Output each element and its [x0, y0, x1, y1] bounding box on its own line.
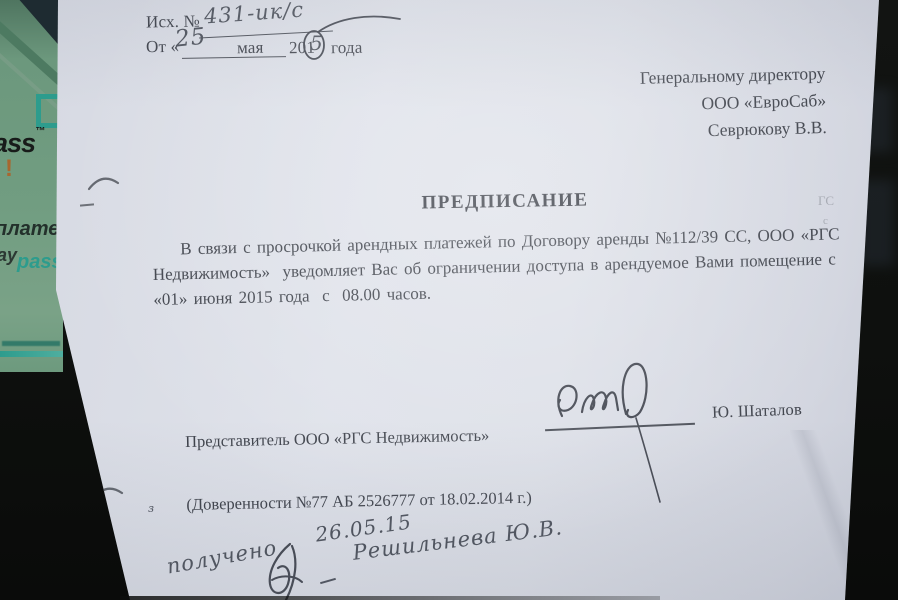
crease-arc-mark: [90, 480, 126, 504]
sticker-fine-print: [2, 341, 60, 346]
addressee-line: Генеральному директору: [560, 60, 826, 94]
signer-name: Ю. Шаталов: [712, 399, 803, 422]
stray-ink-mark: з: [148, 502, 155, 515]
document-title: ПРЕДПИСАНИЕ: [420, 190, 590, 215]
attorney-line: (Доверенности №77 АБ 2526777 от 18.02.20…: [186, 487, 532, 515]
body-line: В связи с просрочкой арендных платежей п…: [152, 220, 882, 262]
sticker-word-pass: pass: [17, 251, 63, 274]
sticker-word-ass: ass: [0, 128, 35, 158]
body-paragraph: В связи с просрочкой арендных платежей п…: [152, 220, 884, 312]
date-suffix: года: [331, 38, 363, 59]
paper-sheet: Исх. № 431-ик/с От « 25 мая 201 5 года Г…: [0, 0, 898, 600]
sticker-word-plate: плате: [0, 218, 59, 241]
pen-swoosh-mark: [300, 6, 405, 62]
date-month: мая: [237, 38, 264, 58]
ref-underline: [199, 30, 333, 38]
representative-block: Представитель ООО «РГС Недвижимость» (До…: [184, 382, 533, 557]
ink-bleed-mark: ГС: [818, 193, 834, 209]
ink-bleed-mark: с: [823, 215, 828, 227]
received-by-handwritten: Решильнева Ю.В.: [351, 515, 564, 565]
pen-dash-mark: [320, 578, 336, 584]
paper-crease-shadow: [790, 430, 870, 600]
date-year-handwritten: 5: [310, 31, 324, 55]
ref-label: Исх. №: [146, 12, 200, 33]
addressee-line: Севрюкову В.В.: [562, 114, 828, 148]
received-signature: [252, 540, 332, 600]
addressee-block: Генеральному директору ООО «ЕвроСаб» Сев…: [560, 60, 827, 148]
photo-scene: ass™ ! плате ay pass Исх. № 431-ик/с От …: [0, 0, 898, 600]
trademark-symbol: ™: [35, 126, 45, 137]
date-day-handwritten: 25: [174, 23, 208, 52]
ref-number-handwritten: 431-ик/с: [203, 0, 305, 28]
paper-bottom-edge-shadow: [120, 596, 660, 600]
addressee-line: ООО «ЕвроСаб»: [561, 87, 827, 121]
paypass-sticker: ass™ ! плате ay pass: [0, 0, 63, 372]
sticker-word-ay: ay: [0, 245, 17, 266]
received-date-handwritten: 26.05.15: [314, 509, 413, 546]
representative-line: Представитель ООО «РГС Недвижимость»: [185, 424, 531, 452]
body-line: Недвижимость» уведомляет Вас об ограниче…: [153, 245, 883, 287]
date-underline: [182, 56, 286, 59]
signature-shatalov: [548, 356, 688, 506]
crease-arc-mark: [86, 170, 122, 194]
crease-dash-mark: [80, 203, 94, 206]
sticker-teal-stripe: [0, 351, 63, 357]
received-note-handwritten: получено: [165, 535, 279, 578]
date-prefix: От «: [146, 37, 180, 58]
sticker-exclamation: !: [5, 155, 13, 183]
date-year-typed: 201: [289, 38, 315, 58]
body-line: «01» июня 2015 года с 08.00 часов.: [153, 270, 883, 312]
signature-line: [545, 423, 695, 432]
